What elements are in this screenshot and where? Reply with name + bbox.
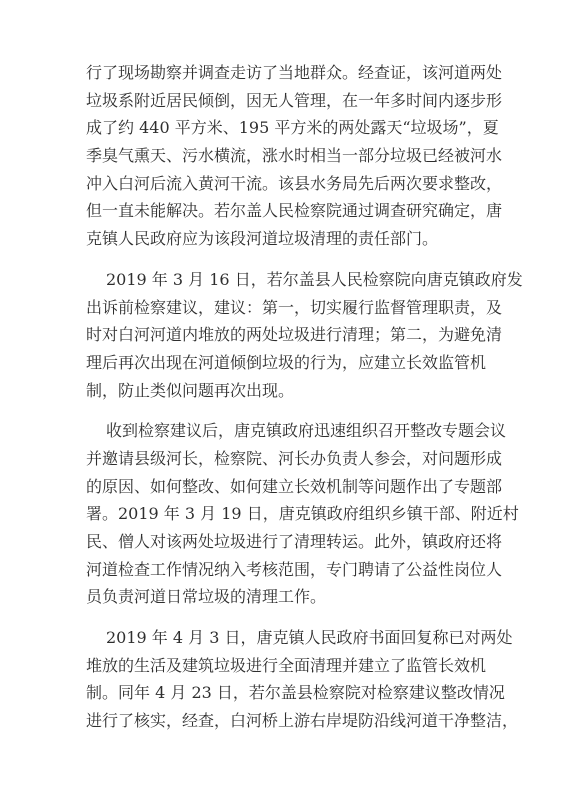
text-line: 2019 年 4 月 3 日，唐克镇人民政府书面回复称已对两处 bbox=[86, 624, 479, 652]
text-line: 克镇人民政府应为该段河道垃圾清理的责任部门。 bbox=[86, 225, 479, 253]
text-line: 收到检察建议后，唐克镇政府迅速组织召开整改专题会议 bbox=[86, 417, 479, 445]
text-line: 署。2019 年 3 月 19 日，唐克镇政府组织乡镇干部、附近村 bbox=[86, 500, 479, 528]
text-line: 理后再次出现在河道倾倒垃圾的行为，应建立长效监管机 bbox=[86, 349, 479, 377]
text-line: 并邀请县级河长，检察院、河长办负责人参会，对问题形成 bbox=[86, 445, 479, 473]
text-line: 冲入白河后流入黄河干流。该县水务局先后两次要求整改， bbox=[86, 170, 479, 198]
text-line: 行了现场勘察并调查走访了当地群众。经查证，该河道两处 bbox=[86, 59, 479, 87]
text-line: 制，防止类似问题再次出现。 bbox=[86, 377, 479, 405]
text-line: 时对白河河道内堆放的两处垃圾进行清理；第二，为避免清 bbox=[86, 321, 479, 349]
text-line: 季臭气熏天、污水横流，涨水时相当一部分垃圾已经被河水 bbox=[86, 142, 479, 170]
text-line: 成了约 440 平方米、195 平方米的两处露天“垃圾场”，夏 bbox=[86, 114, 479, 142]
paragraph-2: 2019 年 3 月 16 日，若尔盖县人民检察院向唐克镇政府发 出诉前检察建议… bbox=[86, 266, 479, 404]
text-line: 员负责河道日常垃圾的清理工作。 bbox=[86, 583, 479, 611]
text-line: 但一直未能解决。若尔盖人民检察院通过调查研究确定，唐 bbox=[86, 197, 479, 225]
paragraph-4: 2019 年 4 月 3 日，唐克镇人民政府书面回复称已对两处 堆放的生活及建筑… bbox=[86, 624, 479, 735]
text-line: 河道检查工作情况纳入考核范围，专门聘请了公益性岗位人 bbox=[86, 556, 479, 584]
body-text: 行了现场勘察并调查走访了当地群众。经查证，该河道两处 垃圾系附近居民倾倒，因无人… bbox=[86, 59, 479, 748]
text-line: 制。同年 4 月 23 日，若尔盖县检察院对检察建议整改情况 bbox=[86, 679, 479, 707]
text-line: 民、僧人对该两处垃圾进行了清理转运。此外，镇政府还将 bbox=[86, 528, 479, 556]
text-line: 垃圾系附近居民倾倒，因无人管理，在一年多时间内逐步形 bbox=[86, 87, 479, 115]
text-line: 的原因、如何整改、如何建立长效机制等问题作出了专题部 bbox=[86, 473, 479, 501]
text-line: 堆放的生活及建筑垃圾进行全面清理并建立了监管长效机 bbox=[86, 652, 479, 680]
text-line: 2019 年 3 月 16 日，若尔盖县人民检察院向唐克镇政府发 bbox=[86, 266, 479, 294]
text-line: 进行了核实，经查，白河桥上游右岸堤防沿线河道干净整洁， bbox=[86, 707, 479, 735]
paragraph-3: 收到检察建议后，唐克镇政府迅速组织召开整改专题会议 并邀请县级河长，检察院、河长… bbox=[86, 417, 479, 611]
paragraph-1: 行了现场勘察并调查走访了当地群众。经查证，该河道两处 垃圾系附近居民倾倒，因无人… bbox=[86, 59, 479, 253]
document-page: 行了现场勘察并调查走访了当地群众。经查证，该河道两处 垃圾系附近居民倾倒，因无人… bbox=[0, 0, 565, 800]
text-line: 出诉前检察建议，建议：第一，切实履行监督管理职责，及 bbox=[86, 294, 479, 322]
